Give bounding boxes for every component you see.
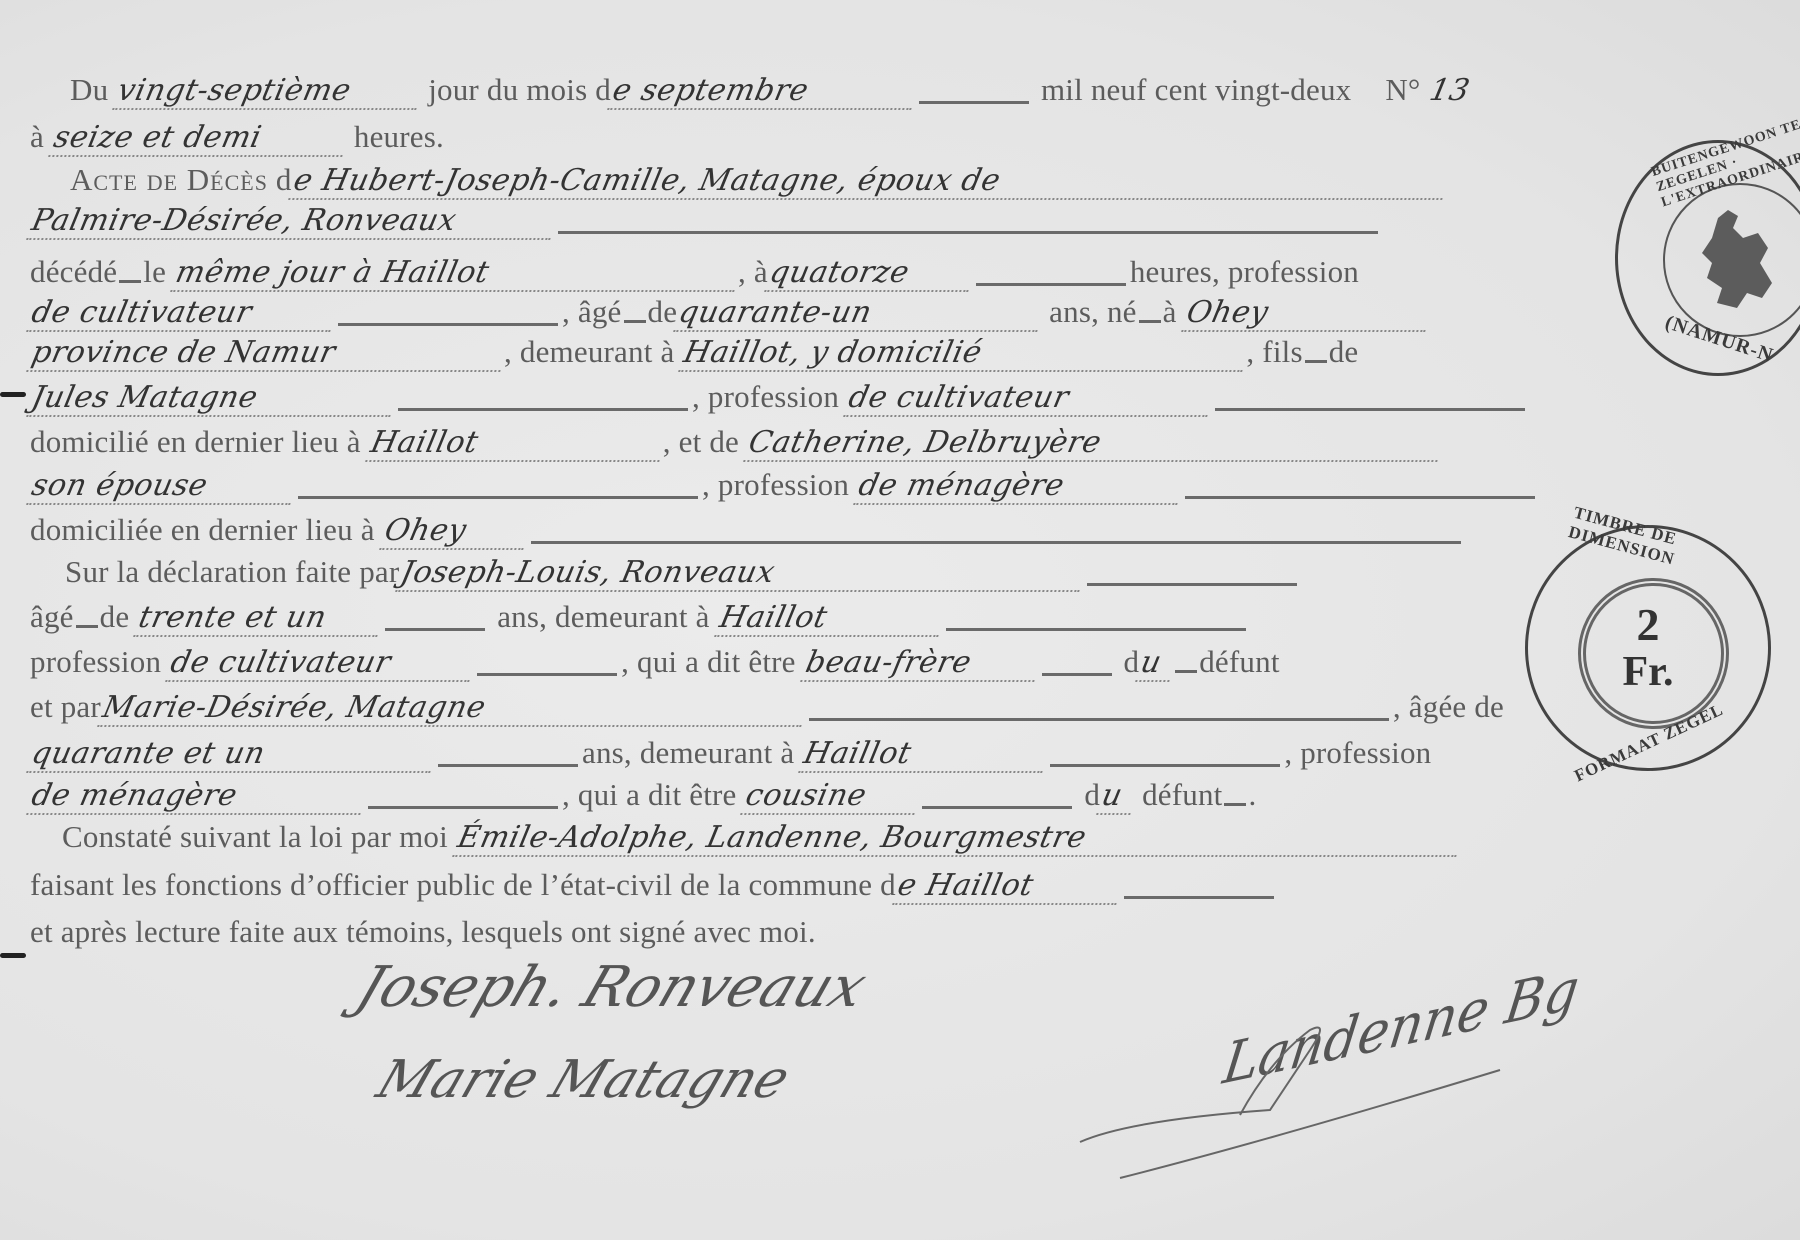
hw-mother-domicile: Ohey: [379, 514, 531, 550]
fill-line: [298, 476, 698, 499]
hw-second-declarant-age: quarante et un: [26, 737, 438, 773]
line-declarant: Sur la déclaration faite parJoseph-Louis…: [65, 552, 1301, 592]
label-qui-a-dit: , qui a dit être: [562, 777, 737, 812]
hw-spouse-name: Palmire-Désirée, Ronveaux: [26, 204, 558, 240]
label-de: de: [100, 599, 130, 634]
label-domiciliee: domiciliée en dernier lieu à: [30, 512, 375, 547]
label-defunt: défunt: [1199, 644, 1279, 679]
line-closing: et après lecture faite aux témoins, lesq…: [30, 912, 816, 952]
line-second-declarant-age: quarante et unans, demeurant à Haillot, …: [30, 733, 1431, 773]
fill-line: [385, 608, 485, 631]
fill-line: [1050, 744, 1280, 767]
line-father: Jules Matagne, profession de cultivateur: [30, 377, 1529, 417]
hw-second-declarant-profession: de ménagère: [26, 779, 368, 815]
fill-line: [531, 521, 1461, 544]
label-demeurant: , demeurant à: [504, 334, 674, 369]
line-mother: son épouse, profession de ménagère: [30, 465, 1539, 505]
hw-birthplace: Ohey: [1181, 296, 1433, 332]
hw-deceased-name: e Hubert-Joseph-Camille, Matagne, époux …: [288, 164, 1450, 200]
hw-u: u: [1135, 646, 1177, 682]
binding-mark: [0, 392, 26, 397]
fill-line: [438, 744, 578, 767]
hw-father-name: Jules Matagne: [26, 381, 398, 417]
fill-line: [477, 653, 617, 676]
line-declarant-profession: profession de cultivateur, qui a dit êtr…: [30, 642, 1280, 682]
fill-line: [922, 786, 1072, 809]
label-a: , à: [738, 254, 768, 289]
line-province: province de Namur, demeurant à Haillot, …: [30, 332, 1358, 372]
hw-second-declarant-residence: Haillot: [798, 737, 1050, 773]
stamp-namur: BUITENGEWOON TE ZEGELEN · L'EXTRAORDINAI…: [1615, 140, 1800, 376]
label-et-par: et par: [30, 689, 101, 724]
fill-line: [976, 263, 1126, 286]
hw-mother-relation: son épouse: [26, 469, 298, 505]
fill-line: [558, 211, 1378, 234]
fill-line: [398, 388, 688, 411]
line-acte: Acte de Décès de Hubert-Joseph-Camille, …: [70, 160, 1446, 200]
label-heures: heures: [354, 119, 436, 154]
label-fils: , fils: [1246, 334, 1302, 369]
fill-line: [368, 786, 558, 809]
label-demeurant: ans, demeurant à: [497, 599, 709, 634]
stamp-value: 2: [1528, 598, 1768, 651]
label-le: le: [143, 254, 166, 289]
fill-line: [809, 698, 1389, 721]
label-profession: profession: [30, 644, 161, 679]
label-de: de: [1329, 334, 1359, 369]
label-constate: Constaté suivant la loi par moi: [62, 819, 448, 854]
label-defunt: défunt: [1142, 777, 1222, 812]
label-closing: et après lecture faite aux témoins, lesq…: [30, 914, 816, 949]
title-acte-de-deces: Acte de Décès: [70, 162, 268, 197]
stamp-unit: Fr.: [1528, 648, 1768, 696]
line-date: Du vingt-septième jour du mois de septem…: [70, 70, 1472, 110]
lion-rampant-icon: [1688, 203, 1798, 323]
punct: .: [1248, 777, 1256, 812]
signature-marie-matagne: Marie Matagne: [369, 1050, 798, 1110]
hw-second-declarant-relation: cousine: [741, 779, 923, 815]
label-number: N°: [1385, 72, 1420, 107]
hw-father-domicile: Haillot: [365, 426, 667, 462]
hw-declarant-relation: beau-frère: [800, 646, 1042, 682]
stamp-timbre-de-dimension: 2 Fr. TIMBRE DE DIMENSION FORMAAT ZEGEL: [1525, 525, 1771, 771]
hw-residence: Haillot, y domicilié: [679, 336, 1251, 372]
fill-line: [919, 81, 1029, 104]
label-profession: , profession: [1212, 254, 1359, 289]
label-age: , âgé: [562, 294, 622, 329]
binding-mark: [0, 953, 26, 958]
hw-death-hour: quatorze: [764, 256, 976, 292]
label-declaration: Sur la déclaration faite par: [65, 554, 399, 589]
hw-record-number: 13: [1425, 74, 1475, 108]
label-decede: décédé: [30, 254, 117, 289]
hw-day: vingt-septième: [112, 74, 424, 110]
fill-line: [1185, 476, 1535, 499]
line-hour: à seize et demi heures.: [30, 117, 444, 157]
hw-father-profession: de cultivateur: [843, 381, 1215, 417]
label-jour-du-mois: jour du mois d: [428, 72, 611, 107]
label-heures: heures: [1130, 254, 1212, 289]
label-agee: , âgée: [1393, 689, 1466, 724]
hw-hour: seize et demi: [48, 121, 350, 157]
hw-mother-profession: de ménagère: [853, 469, 1185, 505]
hw-second-declarant-name: Marie-Désirée, Matagne: [97, 691, 809, 727]
label-ans-ne: ans, né: [1049, 294, 1136, 329]
hw-age: quarante-un: [673, 296, 1045, 332]
hw-declarant-age: trente et un: [133, 601, 385, 637]
fill-line: [1215, 388, 1525, 411]
death-record-page: Du vingt-septième jour du mois de septem…: [0, 0, 1800, 1240]
line-age: de cultivateur, âgédequarante-un ans, né…: [30, 292, 1429, 332]
label-de: de: [648, 294, 678, 329]
label-a: à: [1163, 294, 1177, 329]
hw-province: province de Namur: [26, 336, 508, 372]
line-father-domicile: domicilié en dernier lieu à Haillot, et …: [30, 422, 1441, 462]
signature-flourish: [1070, 1000, 1530, 1180]
hw-officer-name: Émile-Adolphe, Landenne, Bourgmestre: [452, 821, 1464, 857]
line-second-declarant: et parMarie-Désirée, Matagne, âgée de: [30, 687, 1504, 727]
fill-line: [1087, 563, 1297, 586]
line-second-declarant-profession: de ménagère, qui a dit être cousine du d…: [30, 775, 1256, 815]
line-deceased: décédéle même jour à Haillot, àquatorzeh…: [30, 252, 1359, 292]
hw-mother-name: Catherine, Delbruyère: [743, 426, 1445, 462]
signature-joseph-ronveaux: Joseph. Ronveaux: [348, 955, 875, 1020]
line-officer: Constaté suivant la loi par moi Émile-Ad…: [62, 817, 1460, 857]
line-officer-function: faisant les fonctions d’officier public …: [30, 865, 1278, 905]
label-de: de: [1474, 689, 1504, 724]
label-et-de: , et de: [663, 424, 739, 459]
label-domicilie: domicilié en dernier lieu à: [30, 424, 361, 459]
fill-line: [338, 303, 558, 326]
hw-declarant-name: Joseph-Louis, Ronveaux: [396, 556, 1088, 592]
line-mother-domicile: domiciliée en dernier lieu à Ohey: [30, 510, 1465, 550]
label-demeurant: ans, demeurant à: [582, 735, 794, 770]
label-profession: , profession: [1284, 735, 1431, 770]
hw-profession: de cultivateur: [26, 296, 338, 332]
label-du: Du: [70, 72, 108, 107]
label-a: à: [30, 119, 44, 154]
label-profession: , profession: [692, 379, 839, 414]
hw-declarant-residence: Haillot: [714, 601, 946, 637]
fill-line: [1042, 653, 1112, 676]
label-year: mil neuf cent vingt-deux: [1041, 72, 1351, 107]
label-profession: , profession: [702, 467, 849, 502]
hw-u: u: [1096, 779, 1138, 815]
hw-declarant-profession: de cultivateur: [165, 646, 477, 682]
hw-commune: e Haillot: [892, 869, 1124, 905]
label-age: âgé: [30, 599, 74, 634]
label-qui-a-dit: , qui a dit être: [621, 644, 796, 679]
punct: .: [436, 119, 444, 154]
fill-line: [1124, 876, 1274, 899]
line-declarant-age: âgéde trente et un ans, demeurant à Hail…: [30, 597, 1250, 637]
line-spouse: Palmire-Désirée, Ronveaux: [30, 200, 1382, 240]
hw-month: e septembre: [607, 74, 919, 110]
hw-death-place: même jour à Haillot: [170, 256, 742, 292]
fill-line: [946, 608, 1246, 631]
label-faisant: faisant les fonctions d’officier public …: [30, 867, 896, 902]
